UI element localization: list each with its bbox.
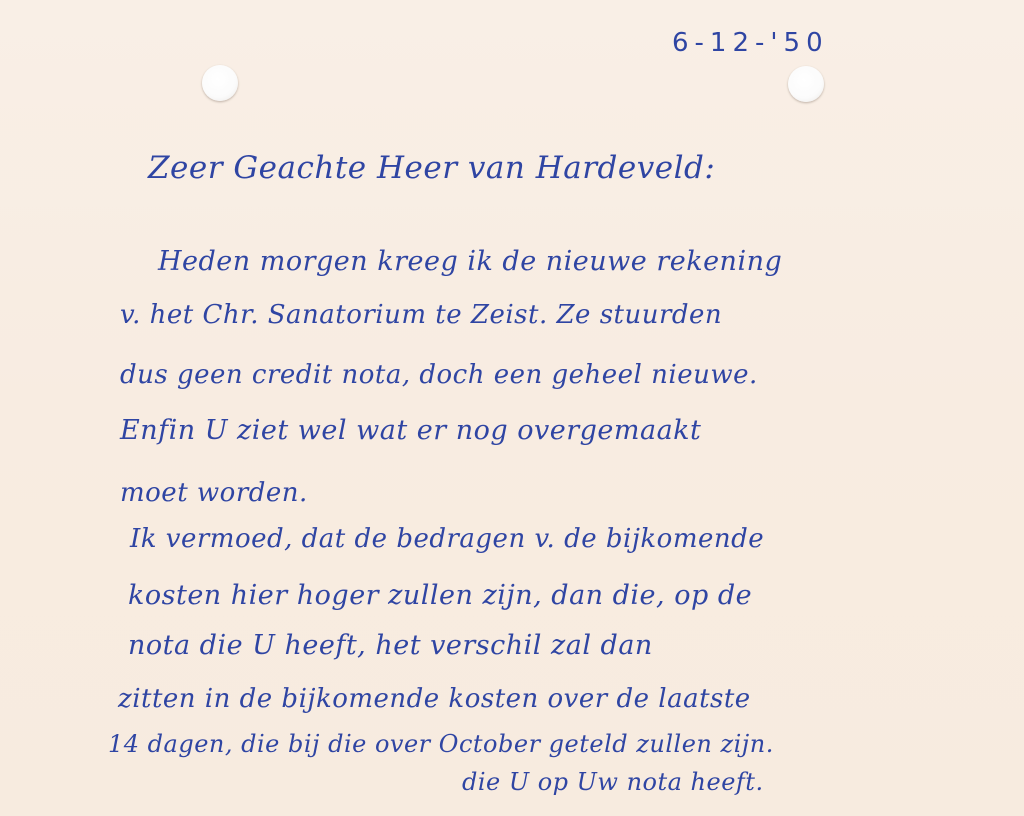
letter-salutation: Zeer Geachte Heer van Hardeveld: [148, 150, 715, 186]
letter-line: kosten hier hoger zullen zijn, dan die, … [128, 580, 752, 611]
punch-hole-right [788, 66, 824, 102]
letter-line: moet worden. [120, 478, 308, 508]
letter-line: nota die U heeft, het verschil zal dan [128, 630, 653, 661]
letter-card: 6-12-'50 Zeer Geachte Heer van Hardeveld… [0, 0, 1024, 816]
letter-line: Enfin U ziet wel wat er nog overgemaakt [120, 415, 701, 446]
letter-line: zitten in de bijkomende kosten over de l… [118, 684, 751, 714]
letter-line: v. het Chr. Sanatorium te Zeist. Ze stuu… [120, 300, 722, 330]
letter-line: Ik vermoed, dat de bedragen v. de bijkom… [130, 524, 764, 554]
punch-hole-left [202, 65, 238, 101]
letter-line: 14 dagen, die bij die over October getel… [108, 730, 774, 758]
letter-date: 6-12-'50 [672, 28, 829, 58]
letter-line: die U op Uw nota heeft. [462, 768, 764, 796]
letter-line: Heden morgen kreeg ik de nieuwe rekening [158, 246, 782, 277]
letter-line: dus geen credit nota, doch een geheel ni… [120, 360, 758, 390]
